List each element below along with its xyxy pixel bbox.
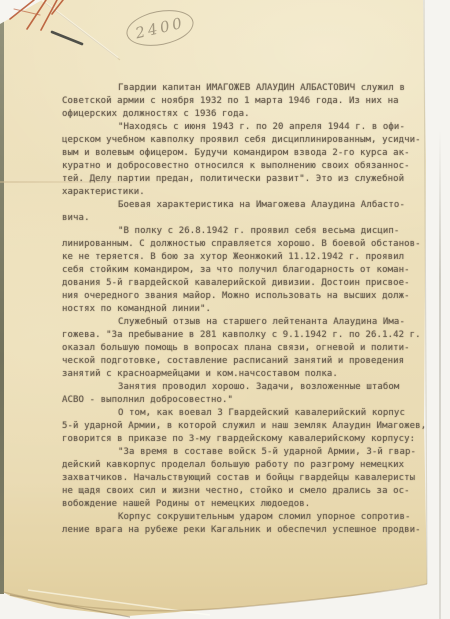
document-line: церском учебном кавполку проявил себя ди… <box>62 134 434 147</box>
document-line: ление врага на рубеже реки Кагальник и о… <box>62 524 434 537</box>
document-line: ке не теряется. В бою за хутор Жеонжокий… <box>62 251 434 264</box>
document-line: оказал большую помощь в вопросах плана с… <box>62 342 434 355</box>
dark-pencil-dash-icon <box>52 32 82 44</box>
document-line: "В полку с 26.8.1942 г. проявил себя вес… <box>62 225 434 238</box>
document-line: О том, как воевал 3 Гвардейский кавалери… <box>62 407 434 420</box>
document-line: Гвардии капитан ИМАГОЖЕВ АЛАУДИН АЛБАСТО… <box>62 82 434 95</box>
document-line: Занятия проводил хорошо. Задачи, возложе… <box>62 381 434 394</box>
document-line: не щадя своих сил и жизни честно, стойко… <box>62 485 434 498</box>
document-line: линированным. С должностью справляется х… <box>62 238 434 251</box>
document-line: дейский кавкорпус проделал большую работ… <box>62 459 434 472</box>
red-pencil-marks-icon <box>10 0 63 30</box>
document-line: 5-й ударной Армии, в которой служил и на… <box>62 420 434 433</box>
document-line: Боевая характеристика на Имагожева Алауд… <box>62 199 434 212</box>
document-line: Корпус сокрушительным ударом сломил упор… <box>62 511 434 524</box>
document-line: "За время в составе войск 5-й ударной Ар… <box>62 446 434 459</box>
document-line: себя стойким командиром, за что получил … <box>62 264 434 277</box>
document-line: "Находясь с июня 1943 г. по 20 апреля 19… <box>62 121 434 134</box>
document-line: тей. Делу партии предан, политически раз… <box>62 173 434 186</box>
document-line: Служебный отзыв на старшего лейтенанта А… <box>62 316 434 329</box>
scanned-document-page: 2400 Гвардии капитан ИМАГОЖЕВ АЛАУДИН АЛ… <box>0 0 450 619</box>
document-line: вобождение нашей Родины от немецких людо… <box>62 498 434 511</box>
document-line: захватчиков. Начальствующий состав и бой… <box>62 472 434 485</box>
document-line: характеристики. <box>62 186 434 199</box>
document-line: Советской армии с ноября 1932 по 1 марта… <box>62 95 434 108</box>
document-line: ческой подготовке, составление расписани… <box>62 355 434 368</box>
document-line: гожева. "За пребывание в 281 кавполку с … <box>62 329 434 342</box>
document-line: офицерских должностях с 1936 года. <box>62 108 434 121</box>
document-line: занятий с красноармейцами и ком.начсоста… <box>62 368 434 381</box>
document-line: ния очередного звания майор. Можно испол… <box>62 290 434 303</box>
document-line: дования 5-й гвардейской кавалерийской ди… <box>62 277 434 290</box>
document-line: вым и волевым офицером. Будучи командиро… <box>62 147 434 160</box>
text-block: Гвардии капитан ИМАГОЖЕВ АЛАУДИН АЛБАСТО… <box>62 82 434 537</box>
bottom-edge-shadow <box>3 584 427 611</box>
document-line: вича. <box>62 212 434 225</box>
document-line: куратно и добросовестно относился к выпо… <box>62 160 434 173</box>
document-line: говорится в приказе по 3-му гвардейскому… <box>62 433 434 446</box>
stamp-number: 2400 <box>134 14 187 43</box>
document-line: ностях по командной линии". <box>62 303 434 316</box>
document-line: АСВО - выполнил добросовестно." <box>62 394 434 407</box>
